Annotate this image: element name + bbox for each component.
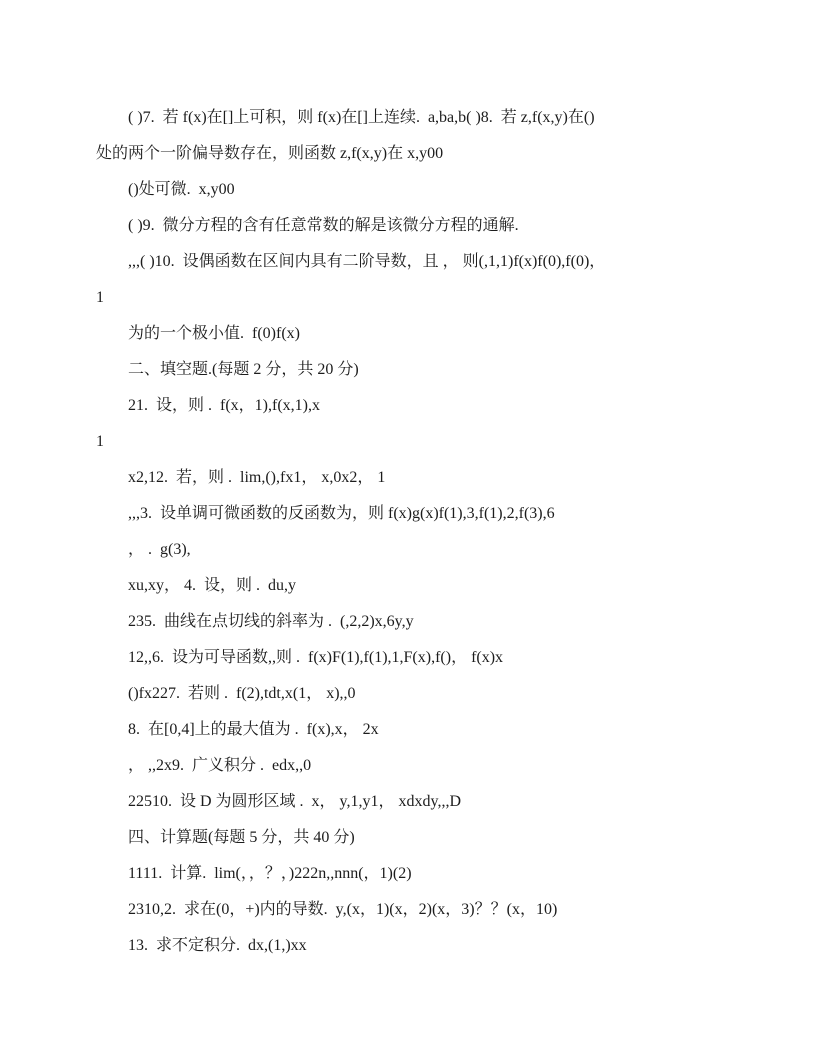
question-line-10-end: 为的一个极小值. f(0)f(x)	[96, 316, 720, 352]
calc-question-13: 13. 求不定积分. dx,(1,)xx	[96, 928, 720, 964]
blank-question-4: xu,xy， 4. 设，则 . du,y	[96, 568, 720, 604]
blank-question-3: ,,,3. 设单调可微函数的反函数为，则 f(x)g(x)f(1),3,f(1)…	[96, 496, 720, 532]
calc-question-11: 1111. 计算. lim(，，？，)222n,,nnn(，1)(2)	[96, 856, 720, 892]
blank-question-9: ， ,,2x9. 广义积分 . edx,,0	[96, 748, 720, 784]
blank-question-2: x2,12. 若，则 . lim,(),fx1， x,0x2， 1	[96, 460, 720, 496]
blank-question-3-end: ， . g(3),	[96, 532, 720, 568]
question-line-8-end: ()处可微. x,y00	[96, 172, 720, 208]
calc-question-12: 2310,2. 求在(0，+)内的导数. y,(x，1)(x，2)(x，3)？？…	[96, 892, 720, 928]
blank-question-6: 12,,6. 设为可导函数,,则 . f(x)F(1),f(1),1,F(x),…	[96, 640, 720, 676]
question-line-9: ( )9. 微分方程的含有任意常数的解是该微分方程的通解.	[96, 208, 720, 244]
section-heading-fill-blanks: 二、填空题.(每题 2 分，共 20 分)	[96, 352, 720, 388]
blank-question-7: ()fx227. 若则 . f(2),tdt,x(1， x),,0	[96, 676, 720, 712]
question-line-10-wrap: 1	[96, 280, 720, 316]
blank-question-5: 235. 曲线在点切线的斜率为 . (,2,2)x,6y,y	[96, 604, 720, 640]
section-heading-calculation: 四、计算题(每题 5 分，共 40 分)	[96, 820, 720, 856]
document-page: ( )7. 若 f(x)在[]上可积，则 f(x)在[]上连续. a,ba,b(…	[0, 0, 816, 1056]
question-line-10: ,,,( )10. 设偶函数在区间内具有二阶导数，且 ， 则(,1,1)f(x)…	[96, 244, 720, 280]
blank-question-1-wrap: 1	[96, 424, 720, 460]
question-line-8-wrap: 处的两个一阶偏导数存在，则函数 z,f(x,y)在 x,y00	[96, 136, 720, 172]
blank-question-8: 8. 在[0,4]上的最大值为 . f(x),x， 2x	[96, 712, 720, 748]
blank-question-10: 22510. 设 D 为圆形区域 . x， y,1,y1， xdxdy,,,D	[96, 784, 720, 820]
blank-question-1: 21. 设，则 . f(x，1),f(x,1),x	[96, 388, 720, 424]
question-line-7-8: ( )7. 若 f(x)在[]上可积，则 f(x)在[]上连续. a,ba,b(…	[96, 100, 720, 136]
